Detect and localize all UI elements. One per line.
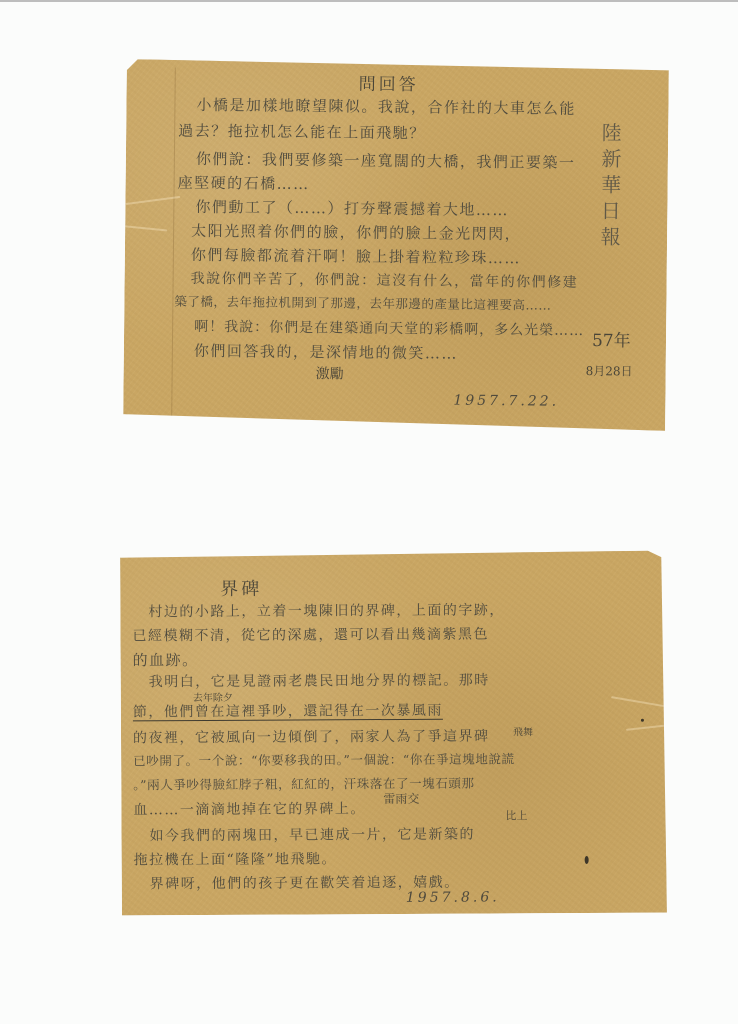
date: 1957.7.22. [453,393,559,410]
paper-crease [611,696,666,707]
text-line: 你們說：我們要修築一座寬闊的大橋，我們正要築一 [196,148,576,173]
ink-spot [641,719,644,722]
paper-crease [125,225,167,231]
signature: 激勵 [316,363,344,383]
text-line: 你們動工了（……）打夯聲震撼着大地…… [195,196,509,220]
fold-line [171,68,176,418]
text-line: 拖拉機在上面“隆隆”地飛馳。 [134,848,337,869]
text-line: 我明白，它是見證兩老農民田地分界的標記。那時 [149,669,490,691]
text-line: 已經模糊不清，從它的深處，還可以看出幾滴紫黑色 [132,623,489,645]
card-title: 問回答 [359,70,419,96]
text-line: 血……一滴滴地掉在它的界碑上。 [133,798,366,819]
text-line: 你們每臉都流着汗啊！臉上掛着粒粒珍珠…… [191,244,521,268]
text-line: 節，他們曾在這裡爭吵，還記得在一次暴風雨 [133,700,443,722]
side-note-year: 57年 [592,326,631,351]
paper-crease [126,196,181,205]
text-line: 的血跡。 [133,649,199,670]
text-line: 。”兩人爭吵得臉紅脖子粗，紅紅的，汗珠落在了一塊石頭那 [133,774,474,794]
text-line: 座堅硬的石橋…… [178,172,310,194]
paper-crease [626,724,666,730]
card-title: 界碑 [220,575,262,601]
text-line: 過去？拖拉机怎么能在上面飛馳？ [178,120,426,144]
text-line: 的夜裡，它被風向一边傾倒了，兩家人為了爭這界碑 [133,725,490,747]
side-note-date: 8月28日 [586,362,633,379]
text-line: 我說你們辛苦了，你們說：這沒有什么，當年的你們修建 [191,268,579,292]
text-line: 築了橋，去年拖拉机開到了那邊，去年那邊的產量比這裡要高…… [174,292,551,314]
side-note-newspaper: 陸新華日報 [595,122,625,252]
date: 1957.8.6. [406,889,500,905]
text-line: 啊！我說：你們是在建築通向天堂的彩橋啊，多么光榮…… [194,316,584,340]
manuscript-card-2: 界碑 村边的小路上，立着一塊陳旧的界碑，上面的字跡， 已經模糊不清，從它的深處，… [120,551,667,916]
inline-note: 比上 [505,807,527,823]
text-line: 小橋是加樣地瞭望陳似。我說，合作社的大車怎么能 [196,94,576,119]
underlined-text: 節，他們曾在這裡爭吵，還記得在一次暴風雨 [133,703,443,722]
text-line: 村边的小路上，立着一塊陳旧的界碑，上面的字跡， [148,599,505,621]
inline-note: 雷雨交 [383,790,419,807]
text-line: 你們回答我的，是深情地的微笑…… [194,340,458,364]
text-line: 如今我們的兩塊田，早已連成一片，它是新築的 [149,824,475,846]
ink-spot [585,856,589,864]
inline-note: 飛舞 [513,723,533,738]
text-line: 太阳光照着你們的臉，你們的臉上金光閃閃， [191,220,521,244]
text-line: 已吵開了。一个說：“你要移我的田。”一個說：“你在爭這塊地說謊 [133,749,515,769]
manuscript-card-1: 問回答 小橋是加樣地瞭望陳似。我說，合作社的大車怎么能 過去？拖拉机怎么能在上面… [123,59,669,431]
